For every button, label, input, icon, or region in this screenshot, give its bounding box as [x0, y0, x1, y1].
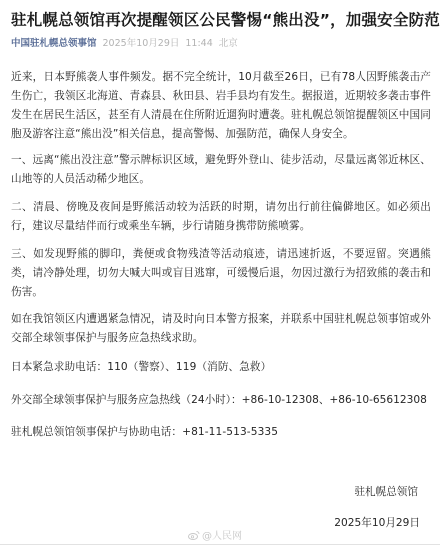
weibo-icon: [188, 530, 200, 540]
signature-org: 驻札幌总领馆: [354, 484, 418, 500]
source-account-link[interactable]: 中国驻札幌总领事馆: [11, 38, 97, 49]
watermark: @人民网: [188, 530, 242, 543]
article-meta: 中国驻札幌总领事馆2025年10月29日11:44北京: [11, 37, 238, 51]
advice-paragraph-2: 二、清晨、傍晚及夜间是野熊活动较为活跃的时期，请勿出行前往偏僻地区。如必须出行，…: [11, 198, 431, 236]
intro-paragraph: 近来，日本野熊袭人事件频发。据不完全统计，10月截至26日，已有78人因野熊袭击…: [11, 68, 431, 144]
advice-paragraph-3: 三、如发现野熊的脚印，粪便或食物残渣等活动痕迹，请迅速折返，不要逗留。突遇熊类，…: [11, 245, 431, 302]
publish-time: 11:44: [185, 38, 212, 49]
advice-paragraph-1: 一、远离“熊出没注意”警示牌标识区域，避免野外登山、徒步活动，尽量远离邻近林区、…: [11, 151, 431, 189]
japan-emergency-numbers: 日本紧急求助电话：110（警察）、119（消防、急救）: [11, 358, 431, 377]
watermark-text: @人民网: [202, 531, 242, 542]
bottom-divider: [0, 544, 440, 545]
emergency-contact-paragraph: 如在我馆领区内遭遇紧急情况，请及时向日本警方报案，并联系中国驻札幌总领事馆或外交…: [11, 310, 431, 348]
article-title: 驻札幌总领馆再次提醒领区公民警惕“熊出没”，加强安全防范: [11, 10, 431, 30]
mfa-hotline: 外交部全球领事保护与服务应急热线（24小时）：+86-10-12308、+86-…: [11, 391, 431, 410]
consulate-phone: 驻札幌总领馆领事保护与协助电话：+81-11-513-5335: [11, 423, 431, 442]
signature-date: 2025年10月29日: [334, 515, 420, 531]
publish-location: 北京: [219, 38, 238, 49]
publish-date: 2025年10月29日: [103, 38, 180, 49]
